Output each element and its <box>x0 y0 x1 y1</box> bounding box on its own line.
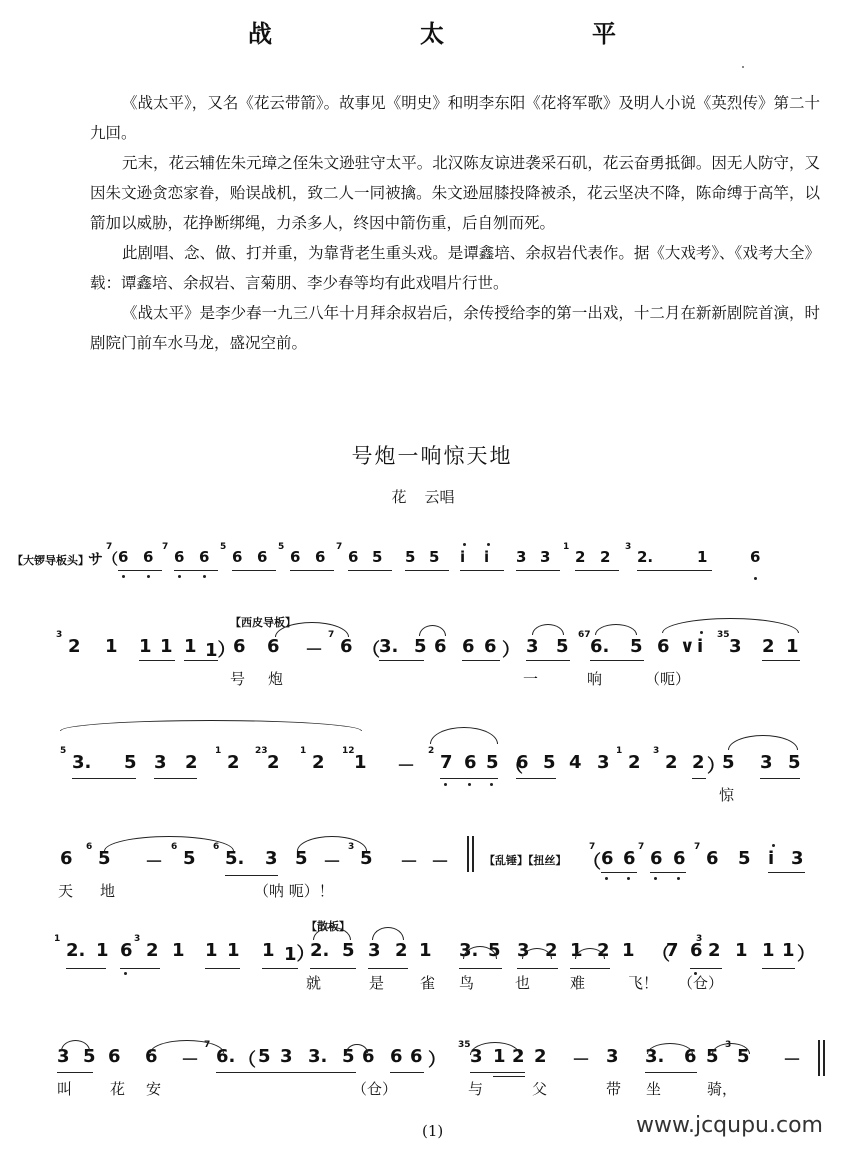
note: 2 <box>762 636 775 657</box>
note: 2 <box>185 752 198 773</box>
beam-underline <box>57 1072 93 1073</box>
lyric: 骑， <box>707 1078 737 1099</box>
beam-underline <box>459 968 502 969</box>
note: （ <box>238 1046 256 1072</box>
note: 5 <box>342 940 355 961</box>
grace-note: 3 <box>134 934 140 944</box>
note: 5 <box>360 848 373 869</box>
slur-arc <box>532 624 564 635</box>
beam-underline <box>526 660 570 661</box>
song-title: 号炮一响惊天地 <box>0 440 864 470</box>
lyric: 一 <box>523 668 538 689</box>
note: － <box>400 848 418 874</box>
slur-arc <box>430 727 498 744</box>
intro-paragraph: 此剧唱、念、做、打并重，为靠背老生重头戏。是谭鑫培、余叔岩代表作。据《大戏考》、… <box>90 238 820 298</box>
beam-underline <box>348 570 392 571</box>
beam-underline <box>517 968 558 969</box>
note: 3. <box>308 1046 327 1067</box>
octave-dot <box>694 972 697 975</box>
lyric: 炮 <box>268 668 283 689</box>
grace-note: 1 <box>54 934 60 944</box>
octave-dot <box>627 877 630 880</box>
beam-underline <box>470 1072 525 1073</box>
lyric: 与 <box>468 1078 483 1099</box>
note: 1 <box>697 548 707 566</box>
note: 5 <box>414 636 427 657</box>
lyric: 雀 <box>420 972 435 993</box>
note: i <box>697 636 703 657</box>
note: 3 <box>516 548 526 566</box>
note: 1 <box>139 636 152 657</box>
octave-dot <box>444 783 447 786</box>
beam-underline <box>575 570 619 571</box>
octave-dot <box>772 844 775 847</box>
slur-arc <box>728 735 798 750</box>
beam-underline <box>205 968 240 969</box>
beam-underline <box>290 570 334 571</box>
grace-note: 3 <box>653 746 659 756</box>
note: 6 <box>118 548 128 566</box>
beam-underline <box>216 1072 310 1073</box>
note: 6 <box>315 548 325 566</box>
beam-underline <box>154 778 197 779</box>
note: 2 <box>395 940 408 961</box>
note: 3 <box>791 848 804 869</box>
singer-rest: 云唱 <box>425 488 455 506</box>
grace-note: 7 <box>106 542 112 552</box>
lyric: （呐 呃）！ <box>254 880 334 901</box>
note: 6 <box>348 548 358 566</box>
note: 1 <box>786 636 799 657</box>
note: ） <box>502 636 520 662</box>
beam-underline <box>650 872 686 873</box>
beam-underline <box>262 968 298 969</box>
note: 3 <box>729 636 742 657</box>
lyric: 安 <box>146 1078 161 1099</box>
note: 6 <box>290 548 300 566</box>
beam-underline <box>516 778 556 779</box>
beam-underline <box>368 968 408 969</box>
beam-underline <box>768 872 805 873</box>
note: 3. <box>72 752 91 773</box>
note: 3 <box>760 752 773 773</box>
beam-underline <box>762 660 800 661</box>
grace-note: 1 <box>215 746 221 756</box>
octave-dot <box>468 783 471 786</box>
note: 6 <box>108 1046 121 1067</box>
note: 3 <box>540 548 550 566</box>
lyric: 鸟 <box>459 972 474 993</box>
intro-text: 《战太平》，又名《花云带箭》。故事见《明史》和明李东阳《花将军歌》及明人小说《英… <box>90 88 820 358</box>
beam-underline <box>118 570 162 571</box>
note: － <box>431 848 449 874</box>
octave-dot <box>490 783 493 786</box>
octave-dot <box>124 972 127 975</box>
note: － <box>572 1046 590 1072</box>
slur-arc <box>470 1042 520 1055</box>
note: 6 <box>199 548 209 566</box>
grace-note: 1 <box>300 746 306 756</box>
note: 6 <box>516 752 529 773</box>
note: 5 <box>295 848 308 869</box>
octave-dot <box>147 575 150 578</box>
beam-underline <box>590 660 644 661</box>
note: 1） <box>205 636 236 662</box>
note: 2 <box>312 752 325 773</box>
lyric: 地 <box>100 880 115 901</box>
note: 6 <box>706 848 719 869</box>
watermark: www.jcqupu.com <box>636 1113 823 1138</box>
note: 1 <box>96 940 109 961</box>
note: － <box>397 752 415 778</box>
beam-underline <box>308 1072 356 1073</box>
slur-arc <box>372 927 404 940</box>
grace-note: 5 <box>60 746 66 756</box>
grace-note: 3 <box>696 934 702 944</box>
note: 1 <box>184 636 197 657</box>
note: 2 <box>534 1046 547 1067</box>
note: 1 <box>354 752 367 773</box>
note: 1 <box>762 940 775 961</box>
note: － <box>145 848 163 874</box>
note: 1 <box>262 940 275 961</box>
section-tag: 【乱锤】【扭丝】 <box>484 852 567 868</box>
note: 7 <box>666 940 679 961</box>
beam-underline <box>516 570 560 571</box>
note: 2. <box>66 940 85 961</box>
note: 2 <box>267 752 280 773</box>
note: 6 <box>484 636 497 657</box>
octave-dot <box>654 877 657 880</box>
note: 6 <box>434 636 447 657</box>
lyric: （呃） <box>645 668 690 689</box>
lyric: 带 <box>606 1078 621 1099</box>
note: 2 <box>692 752 705 773</box>
double-barline <box>472 836 474 872</box>
lyric: 难 <box>570 972 585 993</box>
slur-arc <box>60 720 362 731</box>
note: 1 <box>172 940 185 961</box>
note: 6 <box>257 548 267 566</box>
note: 1 <box>735 940 748 961</box>
grace-note: 7 <box>162 542 168 552</box>
lyric: （仓） <box>678 972 723 993</box>
beam-underline <box>139 660 175 661</box>
note: － <box>783 1046 801 1072</box>
note: 7 <box>440 752 453 773</box>
lyric: 飞！ <box>628 972 658 993</box>
grace-note: 7 <box>638 842 644 852</box>
note: 2 <box>628 752 641 773</box>
grace-note: 7 <box>694 842 700 852</box>
beam-underline <box>120 968 160 969</box>
note: 1 <box>105 636 118 657</box>
note: 3 <box>154 752 167 773</box>
lyric: 坐 <box>646 1078 661 1099</box>
section-tag: 【大锣导板头】 <box>12 552 89 568</box>
grace-note: 12 <box>342 746 355 756</box>
grace-note: 1 <box>616 746 622 756</box>
note: 1 <box>622 940 635 961</box>
double-barline <box>467 836 469 872</box>
octave-dot <box>605 877 608 880</box>
beam-underline <box>601 872 637 873</box>
beam-underline <box>762 968 795 969</box>
note: － <box>305 636 323 662</box>
note: 6 <box>120 940 133 961</box>
grace-note: 3 <box>56 630 62 640</box>
intro-paragraph: 《战太平》，又名《花云带箭》。故事见《明史》和明李东阳《花将军歌》及明人小说《英… <box>90 88 820 148</box>
note: 5 <box>556 636 569 657</box>
slur-arc <box>297 836 367 851</box>
singer-credit: 花云唱 <box>0 486 864 507</box>
note: 4 <box>569 752 582 773</box>
octave-dot <box>700 631 703 634</box>
note: 5 <box>486 752 499 773</box>
note: 5 <box>738 848 751 869</box>
note: ∨ <box>680 636 695 657</box>
note: ） <box>428 1046 446 1072</box>
note: 6 <box>174 548 184 566</box>
note: 5 <box>258 1046 271 1067</box>
slur-arc <box>150 1040 224 1053</box>
beam-underline <box>232 570 276 571</box>
grace-note: 5 <box>220 542 226 552</box>
note: i <box>484 548 489 566</box>
lyric: 花 <box>110 1078 125 1099</box>
note: 6 <box>464 752 477 773</box>
lyric: （仓） <box>352 1078 397 1099</box>
grace-note: 6 <box>86 842 92 852</box>
grace-note: 5 <box>278 542 284 552</box>
note: 6 <box>410 1046 423 1067</box>
note: 5 <box>788 752 801 773</box>
beam-underline <box>760 778 800 779</box>
lyric: 号 <box>230 668 245 689</box>
beam-underline <box>390 1072 424 1073</box>
note: 6 <box>750 548 760 566</box>
note: i <box>768 848 774 869</box>
lyric: 也 <box>515 972 530 993</box>
note: 3 <box>606 1046 619 1067</box>
note: 5 <box>124 752 137 773</box>
note: 6 <box>462 636 475 657</box>
note: 3 <box>280 1046 293 1067</box>
beam-underline <box>462 660 500 661</box>
beam-underline <box>72 778 136 779</box>
grace-note: 1 <box>563 542 569 552</box>
scan-speck <box>742 66 744 68</box>
octave-dot <box>178 575 181 578</box>
lyric: 是 <box>369 972 384 993</box>
slur-arc <box>662 618 799 633</box>
note: 6 <box>623 848 636 869</box>
note: 6. <box>590 636 609 657</box>
singer-surname: 花 <box>391 488 406 506</box>
lyric: 就 <box>306 972 321 993</box>
grace-note: 7 <box>336 542 342 552</box>
note: － <box>323 848 341 874</box>
lyric: 叫 <box>57 1078 72 1099</box>
double-barline <box>823 1040 825 1076</box>
note: 6 <box>601 848 614 869</box>
note: 2 <box>665 752 678 773</box>
note: 6 <box>232 548 242 566</box>
note: 2 <box>708 940 721 961</box>
note: 2 <box>146 940 159 961</box>
note: 6 <box>233 636 246 657</box>
beam-underline <box>225 875 278 876</box>
note: 2 <box>68 636 81 657</box>
beam-underline <box>460 570 504 571</box>
lyric: 天 <box>58 880 73 901</box>
slur-arc <box>61 1040 90 1051</box>
note: 1 <box>782 940 795 961</box>
beam-underline <box>690 968 722 969</box>
grace-note: 35 <box>458 1040 471 1050</box>
page-number: (1) <box>422 1122 443 1140</box>
note: 5 <box>722 752 735 773</box>
note: 1 <box>419 940 432 961</box>
note: 6 <box>267 636 280 657</box>
note: 6 <box>143 548 153 566</box>
note: 3 <box>526 636 539 657</box>
note: 1 <box>205 940 218 961</box>
beam-underline <box>645 1072 697 1073</box>
note: 2 <box>575 548 585 566</box>
octave-dot <box>463 543 466 546</box>
beam-underline <box>570 968 610 969</box>
note: 5 <box>630 636 643 657</box>
beam-underline <box>66 968 106 969</box>
octave-dot <box>122 575 125 578</box>
note: 3 <box>265 848 278 869</box>
beam-underline <box>493 1076 525 1077</box>
note: ） <box>797 940 815 966</box>
octave-dot <box>677 877 680 880</box>
note: 3 <box>368 940 381 961</box>
beam-underline <box>405 570 449 571</box>
intro-paragraph: 《战太平》是李少春一九三八年十月拜余叔岩后，余传授给李的第一出戏，十二月在新新剧… <box>90 298 820 358</box>
note: 3 <box>597 752 610 773</box>
beam-underline <box>310 968 356 969</box>
note: 6 <box>673 848 686 869</box>
page-title: 战 太 平 <box>0 14 864 49</box>
beam-underline <box>637 570 712 571</box>
slur-arc <box>712 1043 750 1054</box>
note: 5 <box>405 548 415 566</box>
note: 5 <box>98 848 111 869</box>
note: 2 <box>600 548 610 566</box>
grace-note: 67 <box>578 630 591 640</box>
lyric: 惊 <box>719 784 734 805</box>
grace-note: 3 <box>625 542 631 552</box>
note: 2 <box>227 752 240 773</box>
grace-note: 7 <box>589 842 595 852</box>
slur-arc <box>595 624 637 635</box>
note: 1 <box>227 940 240 961</box>
beam-underline <box>440 778 498 779</box>
beam-underline <box>174 570 218 571</box>
lyric: 响 <box>587 668 602 689</box>
note: 3. <box>379 636 398 657</box>
octave-dot <box>754 577 757 580</box>
slur-arc <box>419 625 446 636</box>
note: 5. <box>225 848 244 869</box>
intro-paragraph: 元末，花云辅佐朱元璋之侄朱文逊驻守太平。北汉陈友谅进袭采石矶，花云奋勇抵御。因无… <box>90 148 820 238</box>
note: 6 <box>390 1046 403 1067</box>
octave-dot <box>203 575 206 578</box>
slur-arc <box>104 836 234 851</box>
note: 2. <box>637 548 653 566</box>
note: 6 <box>340 636 353 657</box>
grace-note: 2 <box>428 746 434 756</box>
note: 6 <box>657 636 670 657</box>
note: 6 <box>60 848 73 869</box>
octave-dot <box>487 543 490 546</box>
beam-underline <box>184 660 218 661</box>
double-barline <box>818 1040 820 1076</box>
note: サ（ <box>88 548 118 569</box>
note: 5 <box>183 848 196 869</box>
lyric: 父 <box>532 1078 547 1099</box>
note: 1 <box>160 636 173 657</box>
note: 5 <box>372 548 382 566</box>
grace-note: 23 <box>255 746 268 756</box>
note: 2. <box>310 940 329 961</box>
beam-underline <box>379 660 424 661</box>
note: i <box>460 548 465 566</box>
beam-underline <box>692 778 706 779</box>
note: （ <box>362 636 380 662</box>
slur-arc <box>647 1043 693 1054</box>
note: 5 <box>543 752 556 773</box>
note: 5 <box>429 548 439 566</box>
note: 6 <box>650 848 663 869</box>
